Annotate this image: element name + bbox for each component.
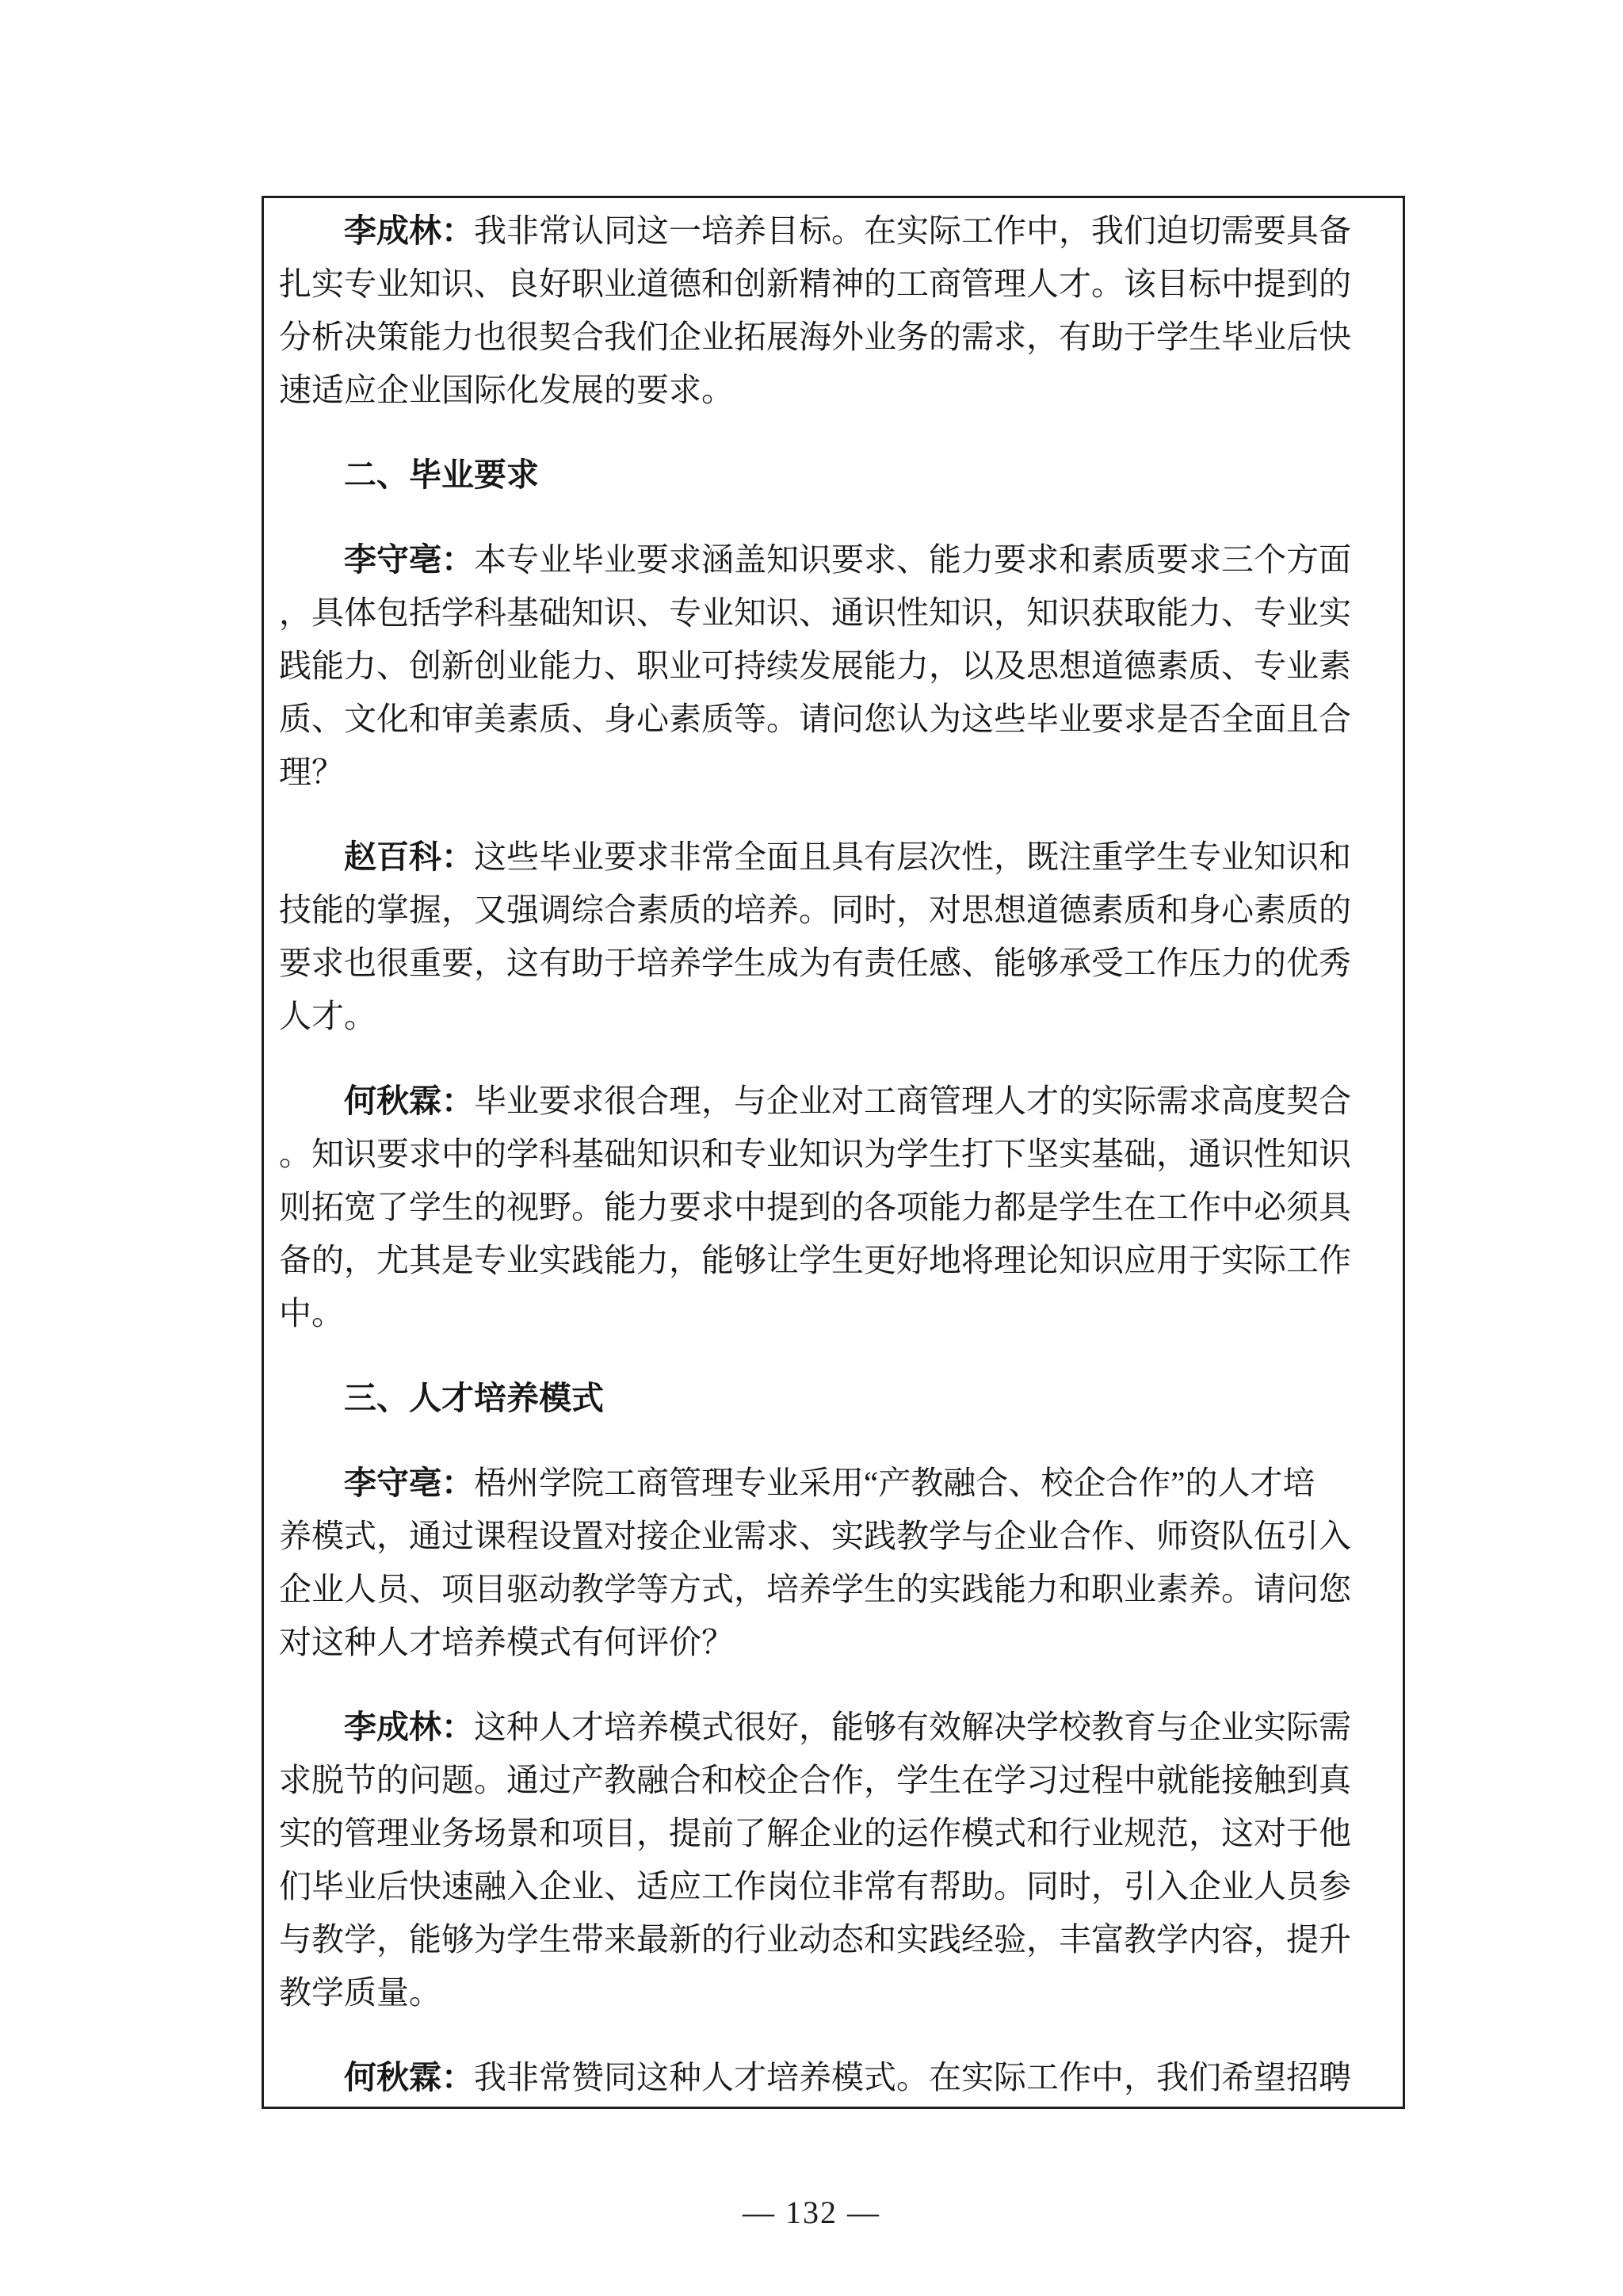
dialogue-paragraph: 李守亳：本专业毕业要求涵盖知识要求、能力要求和素质要求三个方面 ，具体包括学科基… <box>279 533 1359 799</box>
dialogue-paragraph: 李守亳：梧州学院工商管理专业采用“产教融合、校企合作”的人才培 养模式，通过课程… <box>279 1457 1359 1669</box>
speaker-name: 何秋霖： <box>344 2059 474 2095</box>
dialogue-paragraph: 李成林：我非常认同这一培养目标。在实际工作中，我们迫切需要具备 扎实专业知识、良… <box>279 204 1359 417</box>
paragraph-text: 这种人才培养模式很好，能够有效解决学校教育与企业实际需 求脱节的问题。通过产教融… <box>279 1709 1351 2011</box>
paragraph-text: 本专业毕业要求涵盖知识要求、能力要求和素质要求三个方面 ，具体包括学科基础知识、… <box>279 541 1351 790</box>
dialogue-paragraph: 何秋霖：我非常赞同这种人才培养模式。在实际工作中，我们希望招聘 <box>279 2051 1359 2104</box>
section-heading: 二、毕业要求 <box>279 449 1359 502</box>
speaker-name: 李守亳： <box>344 1465 474 1501</box>
speaker-name: 李守亳： <box>344 541 474 578</box>
transcript-table-cell: 李成林：我非常认同这一培养目标。在实际工作中，我们迫切需要具备 扎实专业知识、良… <box>262 196 1405 2109</box>
speaker-name: 赵百科： <box>344 839 474 875</box>
speaker-name: 李成林： <box>344 1709 474 1745</box>
speaker-name: 何秋霖： <box>344 1083 474 1119</box>
paragraph-text: 我非常赞同这种人才培养模式。在实际工作中，我们希望招聘 <box>474 2059 1351 2095</box>
dialogue-paragraph: 赵百科：这些毕业要求非常全面且具有层次性，既注重学生专业知识和 技能的掌握，又强… <box>279 831 1359 1043</box>
page-number: — 132 — <box>0 2189 1623 2237</box>
dialogue-paragraph: 李成林：这种人才培养模式很好，能够有效解决学校教育与企业实际需 求脱节的问题。通… <box>279 1701 1359 2019</box>
document-page: 李成林：我非常认同这一培养目标。在实际工作中，我们迫切需要具备 扎实专业知识、良… <box>0 0 1623 2296</box>
section-heading: 三、人才培养模式 <box>279 1372 1359 1425</box>
paragraph-text: 毕业要求很合理，与企业对工商管理人才的实际需求高度契合 。知识要求中的学科基础知… <box>279 1083 1351 1331</box>
speaker-name: 李成林： <box>344 212 474 249</box>
dialogue-paragraph: 何秋霖：毕业要求很合理，与企业对工商管理人才的实际需求高度契合 。知识要求中的学… <box>279 1075 1359 1340</box>
